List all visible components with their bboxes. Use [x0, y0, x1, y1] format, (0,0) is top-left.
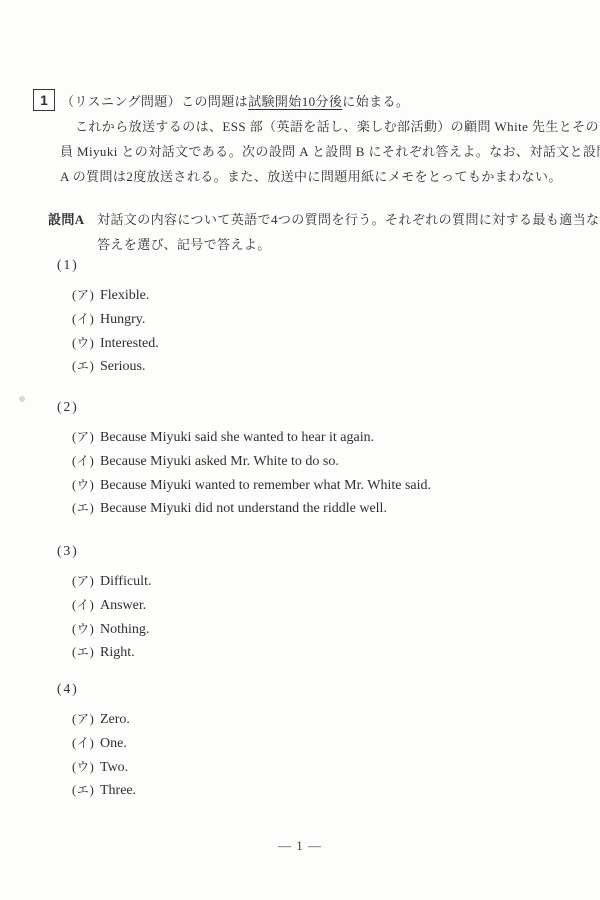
choice-row: (イ)Answer. — [57, 593, 151, 617]
choice-marker: (ウ) — [72, 618, 99, 642]
choice-text: Because Miyuki did not understand the ri… — [100, 501, 387, 516]
choice-marker: (ア) — [72, 570, 99, 594]
choice-row: (イ)Because Miyuki asked Mr. White to do … — [57, 449, 431, 473]
intro-paragraph: これから放送するのは、ESS 部（英語を話し、楽しむ部活動）の顧問 White … — [60, 116, 570, 191]
choice-marker: (ア) — [72, 426, 99, 450]
section-a-label: 設問A — [48, 209, 85, 228]
question-number: (1) — [57, 255, 159, 283]
choice-marker: (エ) — [72, 497, 99, 521]
choice-row: (エ)Because Miyuki did not understand the… — [57, 496, 431, 520]
choice-marker: (イ) — [72, 594, 99, 618]
choice-marker: (ウ) — [72, 474, 99, 498]
choice-row: (エ)Three. — [57, 778, 136, 802]
choice-marker: (エ) — [72, 779, 99, 803]
choice-row: (ウ)Two. — [57, 755, 136, 779]
choice-text: Serious. — [100, 359, 146, 374]
choice-row: (ア)Difficult. — [57, 569, 151, 593]
choice-text: Three. — [100, 783, 136, 798]
choice-text: Difficult. — [100, 574, 151, 589]
choice-text: Nothing. — [100, 622, 149, 637]
page-number: — 1 — — [0, 838, 600, 854]
header-underlined-text: 試験開始10分後 — [248, 94, 342, 109]
question-number: (2) — [57, 397, 431, 425]
choice-text: One. — [100, 736, 127, 751]
question-group-1: (1) (ア)Flexible. (イ)Hungry. (ウ)Intereste… — [57, 255, 159, 378]
section-a-line-2: 答えを選び、記号で答えよ。 — [97, 234, 577, 259]
choice-text: Hungry. — [100, 312, 145, 327]
choice-row: (ア)Flexible. — [57, 283, 159, 307]
choice-row: (エ)Serious. — [57, 354, 159, 378]
choice-text: Because Miyuki wanted to remember what M… — [100, 478, 431, 493]
scan-artifact — [19, 396, 25, 402]
exam-page: 1 （リスニング問題）この問題は試験開始10分後に始まる。 これから放送するのは… — [0, 0, 600, 900]
header-prefix: （リスニング問題）この問題は — [61, 94, 248, 109]
choice-text: Answer. — [100, 598, 146, 613]
section-a-text: 対話文の内容について英語で4つの質問を行う。それぞれの質問に対する最も適当な 答… — [97, 209, 577, 259]
choice-row: (イ)One. — [57, 731, 136, 755]
question-number: (4) — [57, 679, 136, 707]
question-group-2: (2) (ア)Because Miyuki said she wanted to… — [57, 397, 431, 520]
question-group-3: (3) (ア)Difficult. (イ)Answer. (ウ)Nothing.… — [57, 541, 151, 664]
header-line: （リスニング問題）この問題は試験開始10分後に始まる。 — [61, 91, 409, 110]
choice-text: Interested. — [100, 336, 159, 351]
choice-row: (ウ)Interested. — [57, 331, 159, 355]
choice-marker: (ウ) — [72, 332, 99, 356]
choice-marker: (イ) — [72, 732, 99, 756]
section-a-line-1: 対話文の内容について英語で4つの質問を行う。それぞれの質問に対する最も適当な — [97, 209, 577, 234]
intro-line-3: A の質問は2度放送される。また、放送中に問題用紙にメモをとってもかまわない。 — [60, 166, 570, 191]
choice-text: Zero. — [100, 712, 130, 727]
choice-marker: (イ) — [72, 308, 99, 332]
choice-marker: (イ) — [72, 450, 99, 474]
choice-text: Flexible. — [100, 288, 149, 303]
header-suffix: に始まる。 — [342, 94, 409, 109]
question-number-box: 1 — [33, 89, 55, 111]
choice-row: (イ)Hungry. — [57, 307, 159, 331]
intro-line-1: これから放送するのは、ESS 部（英語を話し、楽しむ部活動）の顧問 White … — [60, 116, 570, 141]
choice-text: Because Miyuki said she wanted to hear i… — [100, 430, 374, 445]
choice-text: Two. — [100, 760, 128, 775]
choice-text: Because Miyuki asked Mr. White to do so. — [100, 454, 339, 469]
intro-line-2: 員 Miyuki との対話文である。次の設問 A と設問 B にそれぞれ答えよ。… — [60, 141, 570, 166]
choice-row: (ア)Zero. — [57, 707, 136, 731]
choice-marker: (ウ) — [72, 756, 99, 780]
choice-row: (ア)Because Miyuki said she wanted to hea… — [57, 425, 431, 449]
choice-marker: (ア) — [72, 708, 99, 732]
question-group-4: (4) (ア)Zero. (イ)One. (ウ)Two. (エ)Three. — [57, 679, 136, 802]
choice-row: (ウ)Nothing. — [57, 617, 151, 641]
question-number: (3) — [57, 541, 151, 569]
choice-row: (エ)Right. — [57, 640, 151, 664]
choice-text: Right. — [100, 645, 135, 660]
choice-row: (ウ)Because Miyuki wanted to remember wha… — [57, 473, 431, 497]
choice-marker: (エ) — [72, 641, 99, 665]
choice-marker: (エ) — [72, 355, 99, 379]
choice-marker: (ア) — [72, 284, 99, 308]
